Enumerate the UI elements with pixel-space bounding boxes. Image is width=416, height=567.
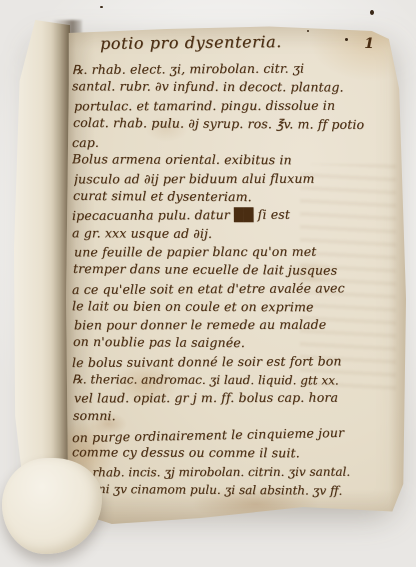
manuscript-text: ℞. rhab. elect. ʒi, mirobolan. citr. ʒi … [72, 60, 397, 499]
ink-speck [370, 10, 374, 15]
manuscript-line: jusculo ad ∂ij per biduum alui fluxum [74, 169, 397, 188]
manuscript-line: Bolus armena oriental. exibitus in [72, 151, 397, 171]
ink-speck [307, 30, 309, 32]
manuscript-line: santal. rubr. ∂v infund. in decoct. plan… [72, 78, 397, 98]
manuscript-line: bien pour donner le remede au malade [74, 316, 397, 335]
manuscript-line: ℞. rhab. elect. ʒi, mirobolan. citr. ʒi [72, 59, 397, 79]
manuscript-line: portulac. et tamarind. pingu. dissolue i… [74, 96, 397, 115]
manuscript-line: a ce qu'elle soit en etat d'etre avalée … [72, 279, 397, 299]
ink-speck [100, 6, 103, 8]
page-number: 1 [364, 36, 374, 52]
manuscript-line: citrini ʒv cinamom pulu. ʒi sal absinth.… [73, 480, 397, 501]
manuscript-page: 1 potio pro dysenteria. ℞. rhab. elect. … [64, 24, 406, 524]
manuscript-line: une feuille de papier blanc qu'on met [74, 243, 397, 262]
manuscript-line: ℞. rhab. incis. ʒj mirobolan. citrin. ʒi… [74, 462, 397, 481]
manuscript-line: cap. [72, 132, 397, 152]
manuscript-line: le bolus suivant donné le soir est fort … [72, 352, 397, 372]
photo-background: 1 potio pro dysenteria. ℞. rhab. elect. … [0, 0, 416, 567]
manuscript-line: colat. rhab. pulu. ∂j syrup. ros. ℥v. m.… [73, 114, 397, 135]
manuscript-line: tremper dans une ecuelle de lait jusques [73, 260, 397, 281]
manuscript-line: ℞. theriac. andromac. ʒi laud. liquid. g… [72, 370, 397, 390]
manuscript-line: comme cy dessus ou comme il suit. [72, 444, 397, 464]
manuscript-title: potio pro dysenteria. [100, 32, 282, 53]
manuscript-line: ipecacuanha pulu. datur ██ ſi est [72, 205, 397, 225]
manuscript-line: vel laud. opiat. gr j m. ff. bolus cap. … [74, 389, 397, 408]
left-page-curl [2, 458, 102, 554]
ink-speck [345, 38, 348, 41]
manuscript-line: on n'oublie pas la saignée. [73, 333, 397, 354]
manuscript-line: a gr. xxx usque ad ∂ij. [72, 224, 397, 244]
manuscript-line: le lait ou bien on coule et on exprime [72, 297, 397, 317]
